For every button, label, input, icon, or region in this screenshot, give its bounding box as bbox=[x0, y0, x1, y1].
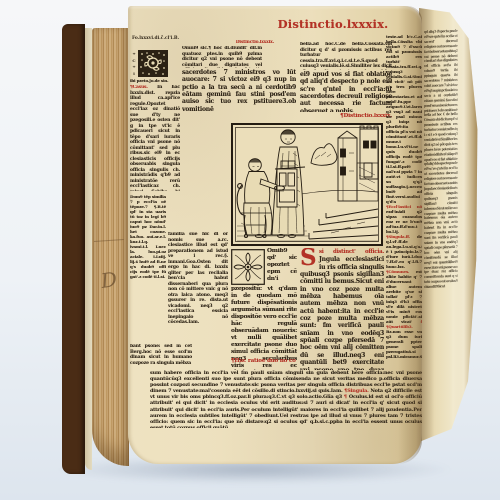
ink-scribble-mark bbox=[94, 239, 124, 245]
col-b-gloss: bella.ad hoc.C.de bella.Cōssata.vbi dici… bbox=[300, 42, 392, 70]
floral-initial-block bbox=[231, 249, 265, 285]
criblé-initial-art bbox=[138, 50, 168, 77]
lombardic-initial-s: S bbox=[300, 248, 317, 267]
facing-page-curl: qd aliq3 d'specto pnole ei9 sre qntel in… bbox=[419, 8, 478, 442]
folio-reference: Fo.lxxxvi.di.č.cl'i.B. bbox=[132, 36, 179, 41]
casus-text: In hac lxxxix.dist. repzia illud ca.apl'… bbox=[130, 85, 180, 191]
casus-rubric: ¶Casus. bbox=[130, 85, 148, 90]
ornate-initial-block bbox=[138, 50, 168, 77]
page-header-title: Distinctio.lxxxix. bbox=[268, 17, 398, 31]
col-b-main-text: ei9 apud vos si fiat oblatiōe qd aliq'd … bbox=[300, 71, 392, 112]
col-a-rubric: Distinctio.lxxxix. bbox=[232, 40, 274, 45]
col-a-bottom: Omib9 qd' sic opoztet epm cē dn'i pzepos… bbox=[231, 248, 297, 370]
col-b-bottom-text: Jngula ecclesiastici iu ris officia sing… bbox=[300, 256, 384, 370]
page-curvature-shading bbox=[419, 8, 478, 442]
woodcut-scene bbox=[231, 123, 383, 246]
margin-cross-marks: + C + i bbox=[130, 51, 138, 77]
left-gloss-tail: bant psone: sed m cet Berg.hoc nō esse s… bbox=[130, 344, 192, 368]
book-photograph: D qd aliq3 d'specto pnole ei9 sre qntel … bbox=[0, 0, 500, 500]
fore-edge-page-stack: D bbox=[92, 28, 129, 466]
bottom-text-3: Oculus.id est si ocl'o officiū attribuit… bbox=[150, 394, 422, 428]
open-page: Distinctio.lxxxix. Fo.lxxxvi.di.č.cl'i.B… bbox=[128, 6, 422, 464]
col-b-rubric: ¶Distinctio.lxxxix. bbox=[320, 113, 392, 119]
left-gloss-ref: ibi pzeto.Jo.de sin. bbox=[130, 78, 180, 84]
left-gloss-continuation: familia sue hic di or nomis sue a.rc. cl… bbox=[168, 232, 228, 344]
col-a-main-text: sacerdotes 7 ministros vo lūt auocare: 7… bbox=[182, 69, 296, 122]
left-gloss-casus: ¶Casus. In hac lxxxix.dist. repzia illud… bbox=[130, 85, 180, 191]
gutter-shadow bbox=[398, 6, 422, 464]
leather-cover-spine bbox=[62, 24, 85, 474]
col-b-bottom: S si distinct' officia. Jngula ecclesias… bbox=[300, 248, 384, 370]
pastedown-edge bbox=[85, 28, 92, 470]
bottom-gloss-block: sum habere officia in eccl'ia vel fm pau… bbox=[150, 370, 422, 428]
hac-ratione-rubric: ¶Hac ratiōe duo nō cō bbox=[231, 358, 301, 364]
woodcut-illustration bbox=[231, 123, 383, 246]
col-b-bottom-rubric: si distinct' officia. bbox=[319, 249, 384, 255]
left-margin-notes: Dom9 tēp similia 7 p eccl'ia oē tēpoze.7… bbox=[130, 194, 166, 342]
col-a-gloss: Omni9 sic.¶ hoc di.diuidit' dif.in quatu… bbox=[182, 46, 262, 68]
handwritten-letter: D bbox=[99, 267, 118, 293]
